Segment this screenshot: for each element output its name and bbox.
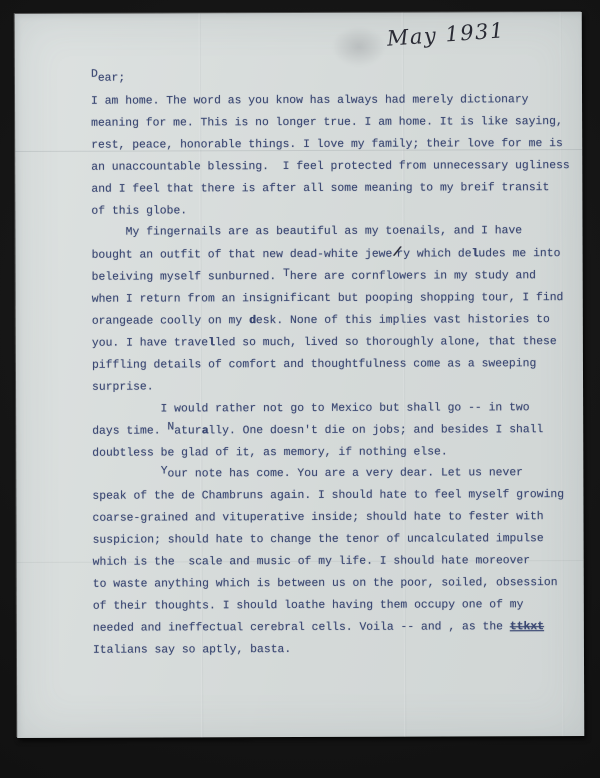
letter-line: orangeade coolly on my desk. None of thi… xyxy=(92,310,571,334)
letter-line: Your note has come. You are a very dear.… xyxy=(92,463,571,487)
letter-line: Italians say so aptly, basta. xyxy=(93,639,572,663)
letter-line: needed and ineffectual cerebral cells. V… xyxy=(93,617,572,641)
letter-line: meaning for me. This is no longer true. … xyxy=(91,112,570,136)
letter-text-segment: ry which de xyxy=(396,249,471,261)
letter-text-segment: N xyxy=(167,422,174,434)
letter-text-segment: T xyxy=(283,268,290,280)
letter-text-segment: surprise. xyxy=(92,381,154,393)
letter-line: rest, peace, honorable things. I love my… xyxy=(91,134,570,158)
letter-text-segment: My fingernails are as beautiful as my to… xyxy=(91,226,522,240)
letter-text-segment: you. I have trave xyxy=(92,337,208,349)
letter-line: doubtless be glad of it, as memory, if n… xyxy=(92,442,571,466)
letter-text-segment: I would rather not go to Mexico but shal… xyxy=(92,402,530,416)
letter-text-segment: of this globe. xyxy=(91,205,187,217)
letter-line: suspicion; should hate to change the ten… xyxy=(93,529,572,553)
letter-text-segment: ear; xyxy=(98,73,125,85)
letter-text-segment: days time. xyxy=(92,425,167,437)
letter-text-segment: piffling details of comfort and thoughtf… xyxy=(92,358,536,372)
letter-line: days time. Naturally. One doesn't die on… xyxy=(92,420,571,444)
letter-text-segment: atur xyxy=(174,425,201,437)
letter-line: an unaccountable blessing. I feel protec… xyxy=(91,156,570,180)
letter-text-segment: which is the scale and music of my life.… xyxy=(93,555,531,569)
letter-text-segment: needed and ineffectual cerebral cells. V… xyxy=(93,621,510,634)
letter-text-segment: coarse-grained and vituperative inside; … xyxy=(92,511,543,525)
letter-text-segment: beleiving myself sunburned. xyxy=(92,271,283,284)
scanned-letter-screenshot: { "scan": { "colors": { "background": "#… xyxy=(0,0,600,778)
letter-text-segment: ttkxt xyxy=(510,621,544,633)
letter-page: May 1931 Dear; I am home. The word as yo… xyxy=(15,12,585,738)
letter-line: piffling details of comfort and thoughtf… xyxy=(92,354,571,378)
letter-text-segment: Italians say so aptly, basta. xyxy=(93,644,291,657)
letter-line: I would rather not go to Mexico but shal… xyxy=(92,398,571,422)
letter-line: My fingernails are as beautiful as my to… xyxy=(91,221,570,245)
letter-line: I am home. The word as you know has alwa… xyxy=(91,90,570,114)
letter-line: which is the scale and music of my life.… xyxy=(93,551,572,575)
letter-line: and I feel that there is after all some … xyxy=(91,178,570,202)
letter-line: coarse-grained and vituperative inside; … xyxy=(92,507,571,531)
letter-text-segment: of their thoughts. I should loathe havin… xyxy=(93,599,524,613)
letter-line: when I return from an insignificant but … xyxy=(92,288,571,312)
letter-text-segment: suspicion; should hate to change the ten… xyxy=(93,533,544,547)
letter-line: of their thoughts. I should loathe havin… xyxy=(93,595,572,619)
letter-line: speak of the de Chambruns again. I shoul… xyxy=(92,485,571,509)
letter-text-segment: here are cornflowers in my study and xyxy=(290,270,536,283)
letter-text-segment: lly. One doesn't die on jobs; and beside… xyxy=(208,424,543,437)
letter-text-segment: our note has come. You are a very dear. … xyxy=(168,468,523,481)
letter-text-segment: I am home. The word as you know has alwa… xyxy=(91,94,529,108)
letter-text-segment: esk. None of this implies vast histories… xyxy=(256,314,550,327)
letter-text-segment: meaning for me. This is no longer true. … xyxy=(91,116,563,130)
letter-text-segment: and I feel that there is after all some … xyxy=(91,182,549,196)
salutation: Dear; xyxy=(91,65,125,87)
letter-text-segment: speak of the de Chambruns again. I shoul… xyxy=(92,489,564,503)
letter-text-segment: udes me into xyxy=(478,248,560,260)
letter-text-segment: when I return from an insignificant but … xyxy=(92,292,564,306)
letter-line: of this globe. xyxy=(91,200,570,224)
letter-text-segment: to waste anything which is between us on… xyxy=(93,577,558,591)
letter-text-segment: l xyxy=(472,249,479,261)
letter-line: bought an outfit of that new dead-white … xyxy=(92,243,571,268)
letter-body: I am home. The word as you know has alwa… xyxy=(91,90,571,662)
letter-text-segment: D xyxy=(91,69,98,81)
letter-line: to waste anything which is between us on… xyxy=(93,573,572,597)
letter-text-segment: an unaccountable blessing. I feel protec… xyxy=(91,160,570,174)
letter-text-segment: orangeade coolly on my xyxy=(92,315,249,328)
letter-text-segment: Y xyxy=(161,465,168,477)
letter-text-segment: rest, peace, honorable things. I love my… xyxy=(91,138,563,152)
letter-text-segment xyxy=(92,469,160,481)
letter-text-segment: / xyxy=(391,243,399,265)
letter-line: surprise. xyxy=(92,376,571,400)
handwritten-date: May 1931 xyxy=(386,18,505,51)
letter-text-segment: led so much, lived so thoroughly alone, … xyxy=(215,336,557,349)
letter-text-segment: bought an outfit of that new dead-white … xyxy=(92,249,393,262)
letter-line: beleiving myself sunburned. There are co… xyxy=(92,266,571,290)
letter-line: you. I have travelled so much, lived so … xyxy=(92,332,571,356)
letter-text-segment: doubtless be glad of it, as memory, if n… xyxy=(92,446,447,459)
